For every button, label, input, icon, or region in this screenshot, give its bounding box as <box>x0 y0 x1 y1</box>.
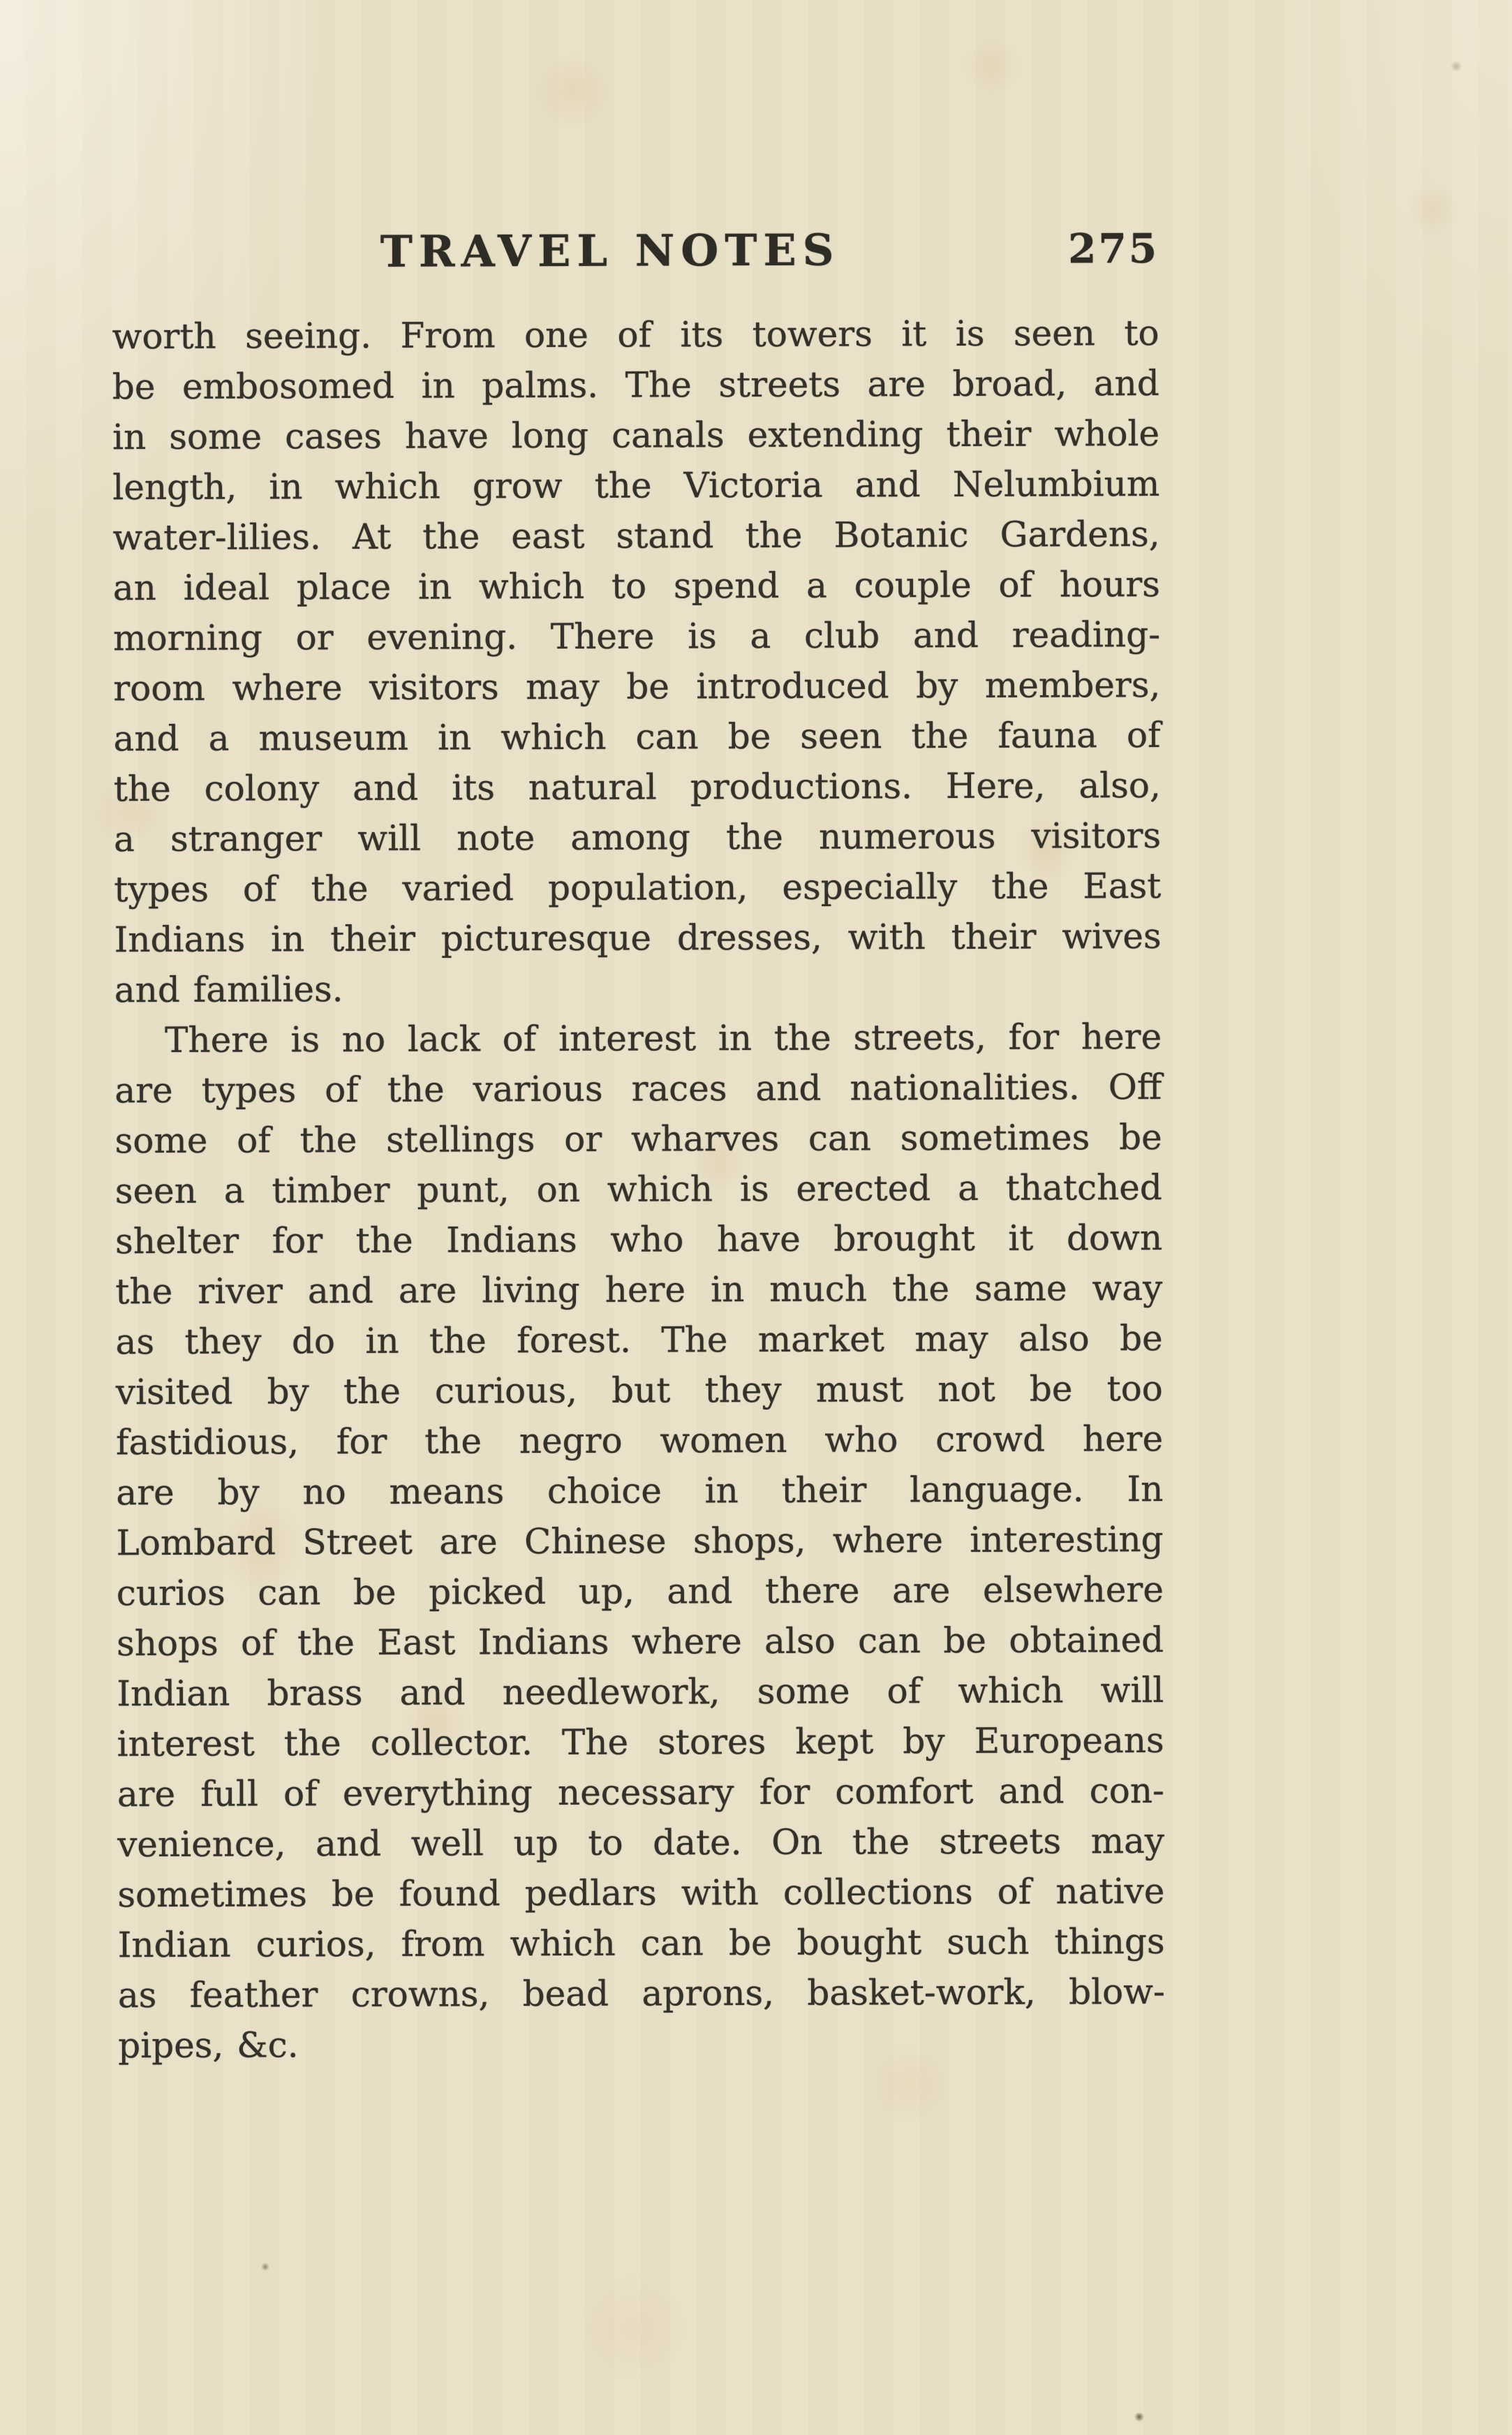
text-line: water-lilies. At the east stand the Bota… <box>112 509 1159 563</box>
text-line: curios can be picked up, and there are e… <box>117 1564 1164 1618</box>
text-line: are full of everything necessary for com… <box>117 1766 1164 1819</box>
text-line: interest the collector. The stores kept … <box>117 1715 1164 1769</box>
text-line: length, in which grow the Victoria and N… <box>112 459 1159 512</box>
paragraph: worth seeing. From one of its towers it … <box>112 308 1162 1015</box>
running-header-title: TRAVEL NOTES <box>380 225 840 277</box>
text-line: shelter for the Indians who have brought… <box>115 1213 1162 1266</box>
text-line: There is no lack of interest in the stre… <box>114 1012 1162 1065</box>
text-line: visited by the curious, but they must no… <box>116 1363 1163 1417</box>
text-line: seen a timber punt, on which is erected … <box>115 1162 1162 1216</box>
text-line: fastidious, for the negro women who crow… <box>116 1414 1163 1467</box>
text-line: are by no means choice in their language… <box>116 1464 1163 1518</box>
text-line: an ideal place in which to spend a coupl… <box>113 559 1160 613</box>
text-line: and a museum in which can be seen the fa… <box>113 710 1160 764</box>
text-line: worth seeing. From one of its towers it … <box>112 308 1159 362</box>
body-text: worth seeing. From one of its towers it … <box>112 308 1165 2071</box>
text-line: a stranger will note among the numerous … <box>114 811 1161 864</box>
text-line: the colony and its natural productions. … <box>114 760 1161 814</box>
scanned-content: TRAVEL NOTES 275 worth seeing. From one … <box>0 0 1512 2435</box>
text-line: types of the varied population, especial… <box>114 861 1161 915</box>
text-line: are types of the various races and natio… <box>114 1062 1162 1116</box>
book-page-scan: TRAVEL NOTES 275 worth seeing. From one … <box>0 0 1512 2435</box>
page-number: 275 <box>1068 225 1159 272</box>
text-line: be embosomed in palms. The streets are b… <box>112 358 1159 412</box>
text-line: morning or evening. There is a club and … <box>113 609 1160 663</box>
text-line: room where visitors may be introduced by… <box>113 660 1160 713</box>
text-line: sometimes be found pedlars with collecti… <box>117 1866 1164 1920</box>
text-line: pipes, &c. <box>118 2017 1165 2071</box>
text-line: as feather crowns, bead aprons, basket-w… <box>118 1967 1165 2020</box>
text-line: in some cases have long canals extending… <box>112 408 1159 462</box>
text-line: as they do in the forest. The market may… <box>115 1313 1162 1367</box>
paragraph: There is no lack of interest in the stre… <box>114 1012 1165 2071</box>
text-line: the river and are living here in much th… <box>115 1263 1162 1317</box>
text-line: Indian brass and needlework, some of whi… <box>117 1665 1164 1719</box>
text-line: and families. <box>114 961 1162 1015</box>
text-line: venience, and well up to date. On the st… <box>117 1816 1164 1870</box>
text-line: shops of the East Indians where also can… <box>117 1615 1164 1668</box>
text-line: Indians in their picturesque dresses, wi… <box>114 911 1161 965</box>
text-line: Indian curios, from which can be bought … <box>118 1916 1165 1970</box>
running-header: TRAVEL NOTES 275 <box>112 223 1159 290</box>
text-line: Lombard Street are Chinese shops, where … <box>116 1514 1163 1568</box>
text-line: some of the stellings or wharves can som… <box>114 1112 1162 1166</box>
